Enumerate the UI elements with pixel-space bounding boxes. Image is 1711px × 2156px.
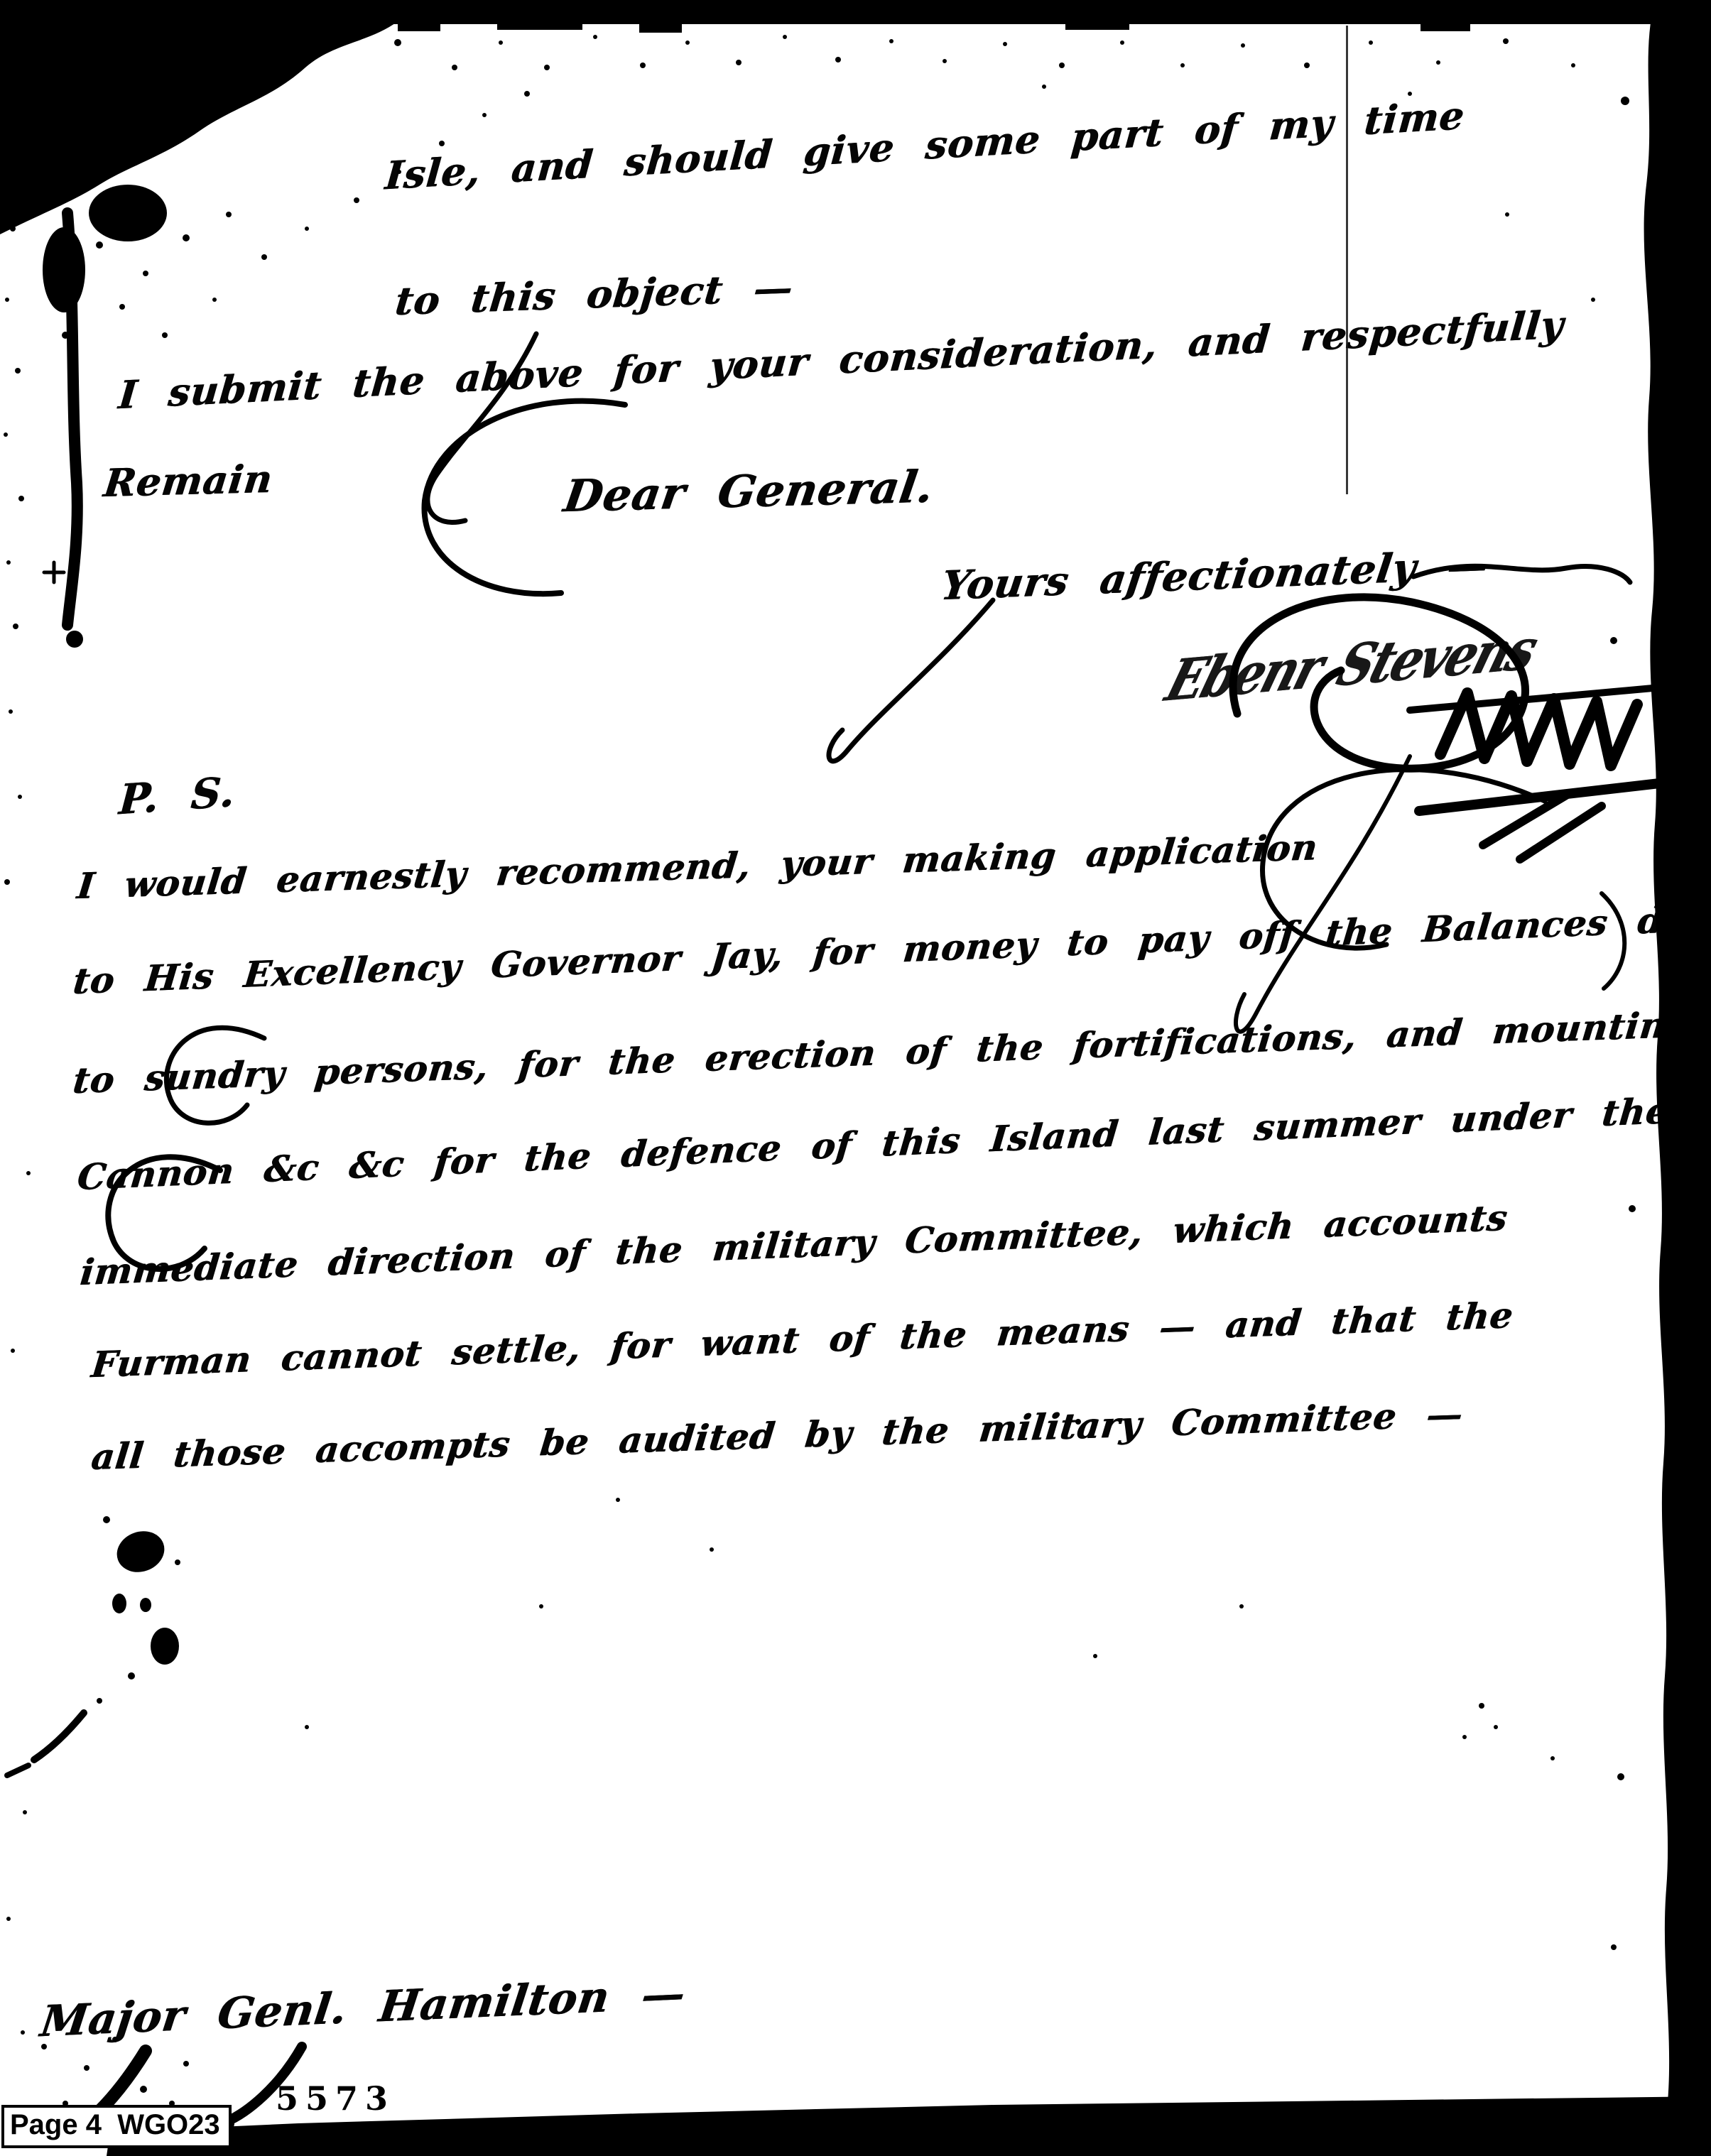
archive-number: 5573 — [276, 2079, 395, 2118]
postscript-heading: P. S. — [117, 768, 237, 824]
manuscript-line-body-1: Isle, and should give some part of my ti… — [384, 92, 1467, 198]
postscript-line-7: all those accompts be audited by the mil… — [89, 1393, 1465, 1478]
postscript-line-1: I would earnestly recommend, your making… — [75, 826, 1320, 907]
scanned-letter-page: Isle, and should give some part of my ti… — [0, 0, 1711, 2156]
scan-right-band — [1644, 0, 1711, 2156]
ink-blot-cluster — [97, 1516, 180, 1704]
scan-top-bar — [369, 0, 1711, 24]
signature-text: Ebenr Stevens — [1158, 616, 1543, 715]
scan-topleft-blob — [0, 0, 398, 234]
manuscript-line-body-2: to this object — — [393, 264, 795, 324]
manuscript-valediction: Yours affectionately — — [938, 541, 1492, 609]
postscript-line-3: to sundry persons, for the erection of t… — [71, 1001, 1711, 1101]
manuscript-salutation: Dear General. — [560, 460, 937, 522]
scan-fold-line — [1346, 26, 1348, 494]
page-label-text: Page 4 WGO23 — [10, 2109, 220, 2140]
page-label-box: Page 4 WGO23 — [1, 2105, 232, 2148]
address-line: Major Genl. Hamilton — — [38, 1969, 688, 2047]
postscript-line-2: to His Excellency Governor Jay, for mone… — [71, 897, 1711, 1002]
postscript-line-6: Furman cannot settle, for want of the me… — [89, 1294, 1516, 1385]
manuscript-line-closing-1: I submit the above for your consideratio… — [116, 302, 1565, 418]
postscript-line-4: Cannon &c &c for the defence of this Isl… — [75, 1089, 1671, 1198]
manuscript-line-remain: Remain — [102, 456, 275, 506]
postscript-line-5: immediate direction of the military Comm… — [78, 1197, 1509, 1293]
